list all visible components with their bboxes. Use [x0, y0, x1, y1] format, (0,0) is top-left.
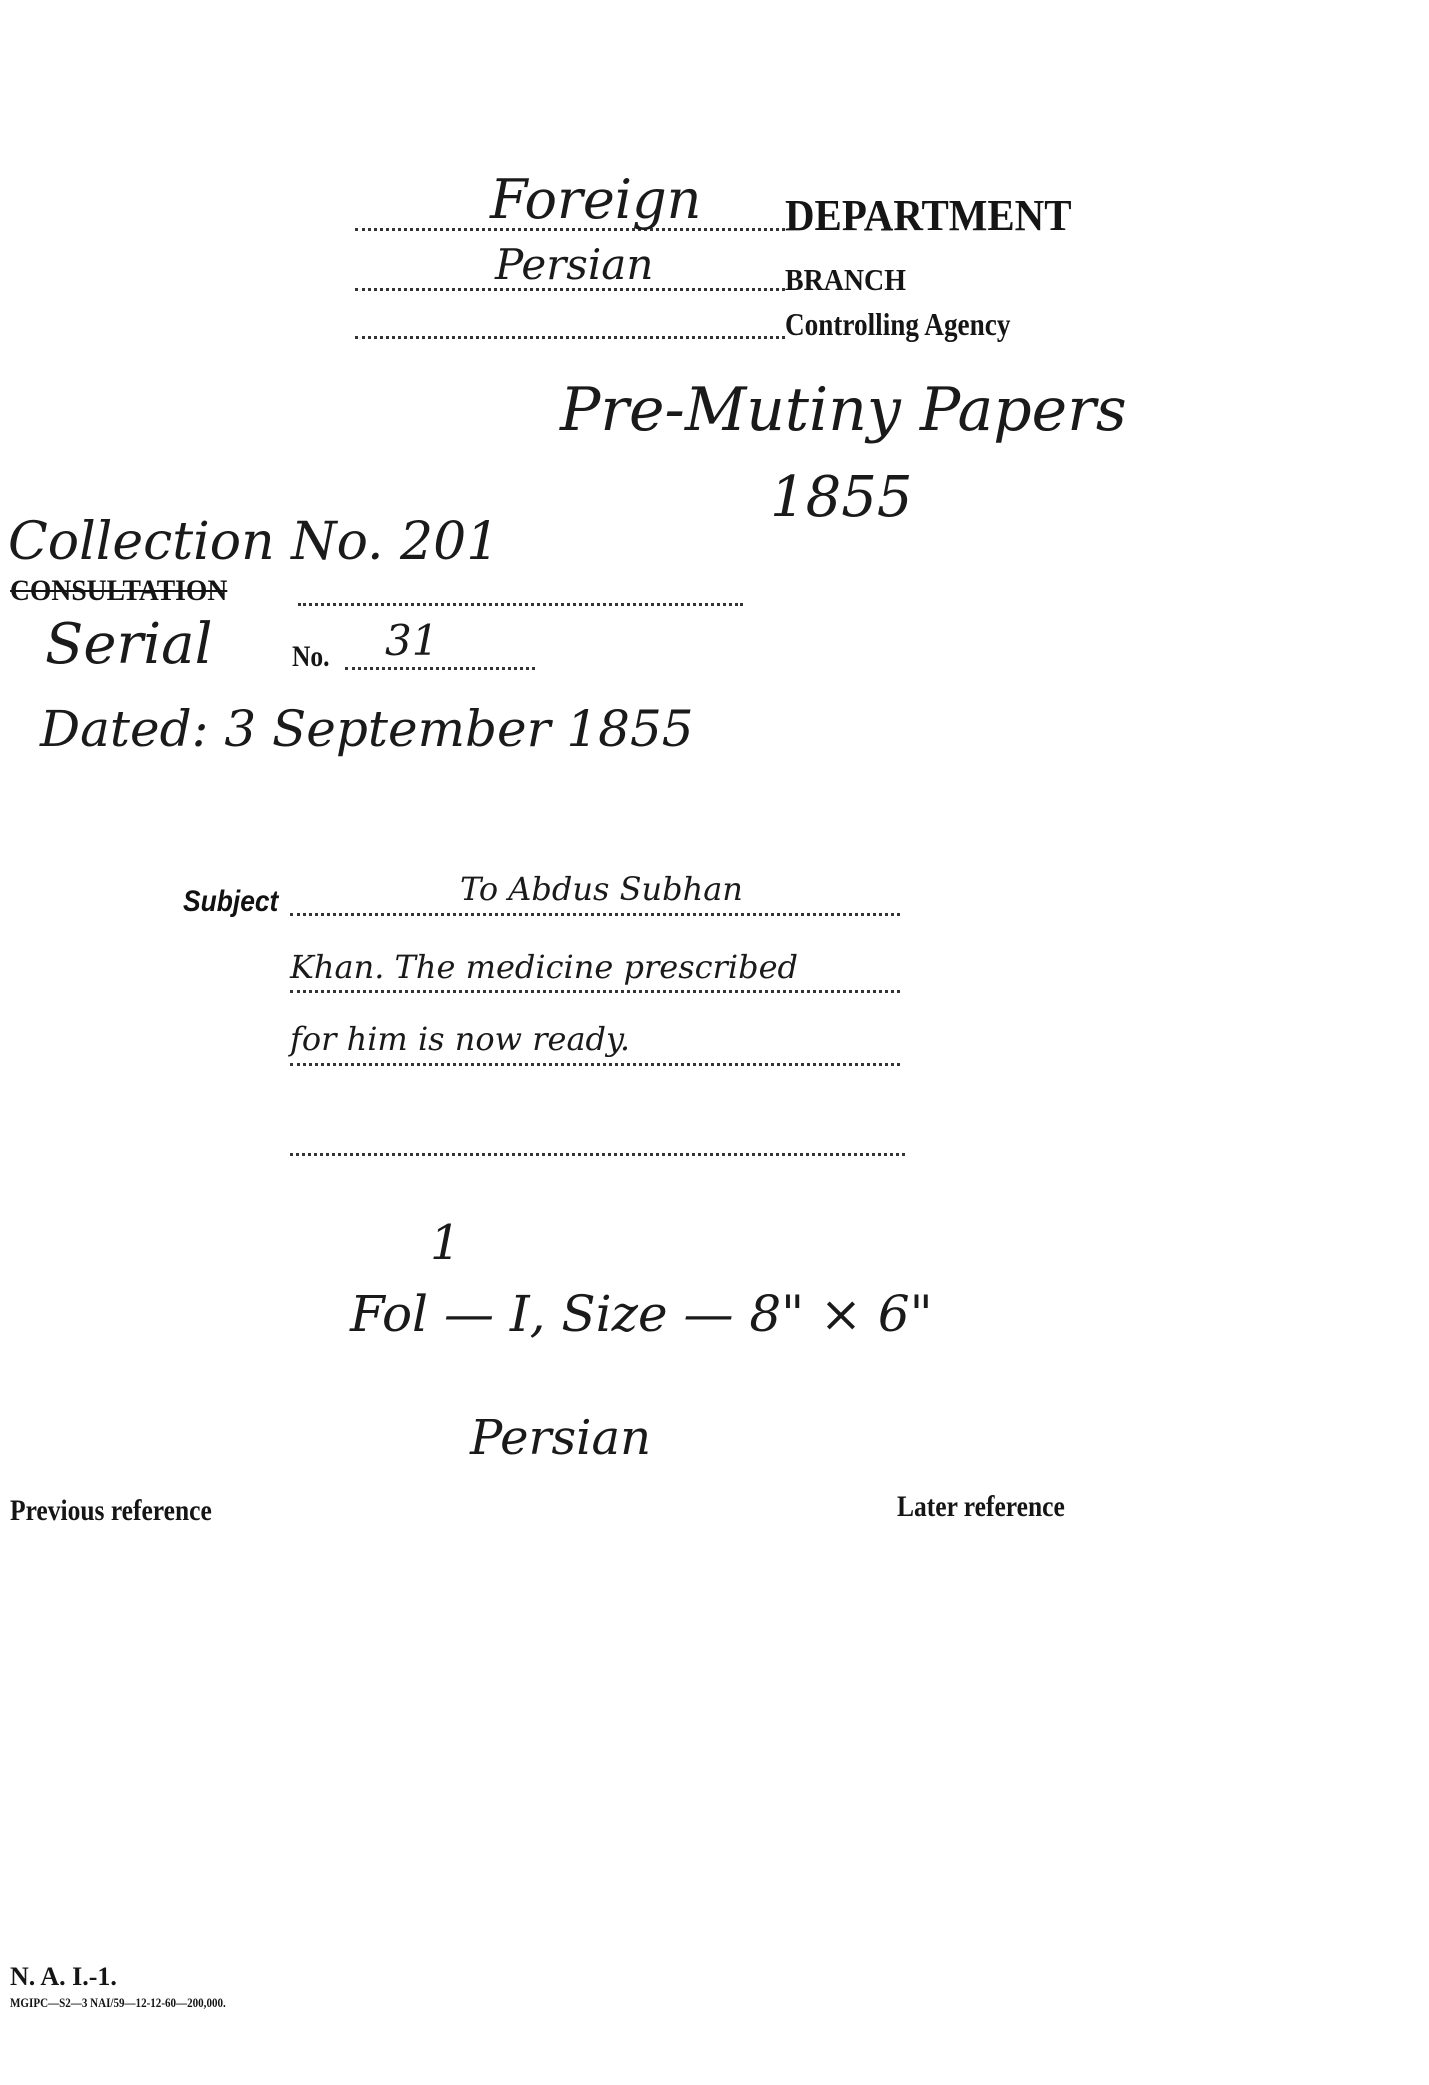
previous-reference-label: Previous reference	[10, 1494, 212, 1528]
consultation-label: CONSULTATION	[10, 574, 227, 608]
collection-number: Collection No. 201	[8, 512, 499, 572]
folio-note: Fol — I, Size — 8" × 6"	[350, 1285, 933, 1343]
language-note: Persian	[470, 1410, 651, 1466]
later-reference-label: Later reference	[897, 1490, 1065, 1524]
department-label: DEPARTMENT	[785, 190, 1072, 241]
subject-line-3: for him is now ready.	[290, 1020, 630, 1058]
collection-year: 1855	[770, 465, 913, 530]
branch-value: Persian	[495, 240, 653, 289]
agency-dotted-line	[355, 336, 785, 339]
agency-label: Controlling Agency	[785, 306, 1010, 343]
subject-line-2: Khan. The medicine prescribed	[290, 948, 798, 986]
consultation-dotted-line	[298, 603, 743, 606]
serial-prefix: Serial	[45, 612, 212, 677]
serial-value: 31	[385, 616, 438, 665]
serial-no-label: No.	[292, 640, 330, 674]
subject-dotted-line-1	[290, 913, 900, 916]
subject-label: Subject	[183, 885, 278, 919]
print-line: MGIPC—S2—3 NAI/59—12-12-60—200,000.	[10, 1995, 226, 2011]
folio-mark: 1	[430, 1215, 461, 1271]
subject-dotted-line-4	[290, 1153, 905, 1156]
subject-line-1: To Abdus Subhan	[460, 870, 743, 908]
serial-dotted-line	[345, 667, 535, 670]
department-value: Foreign	[490, 168, 701, 231]
collection-title: Pre-Mutiny Papers	[560, 375, 1127, 445]
subject-dotted-line-3	[290, 1063, 900, 1066]
branch-label: BRANCH	[785, 262, 906, 298]
dated-line: Dated: 3 September 1855	[40, 700, 694, 758]
form-code: N. A. I.-1.	[10, 1962, 117, 1992]
subject-dotted-line-2	[290, 990, 900, 993]
